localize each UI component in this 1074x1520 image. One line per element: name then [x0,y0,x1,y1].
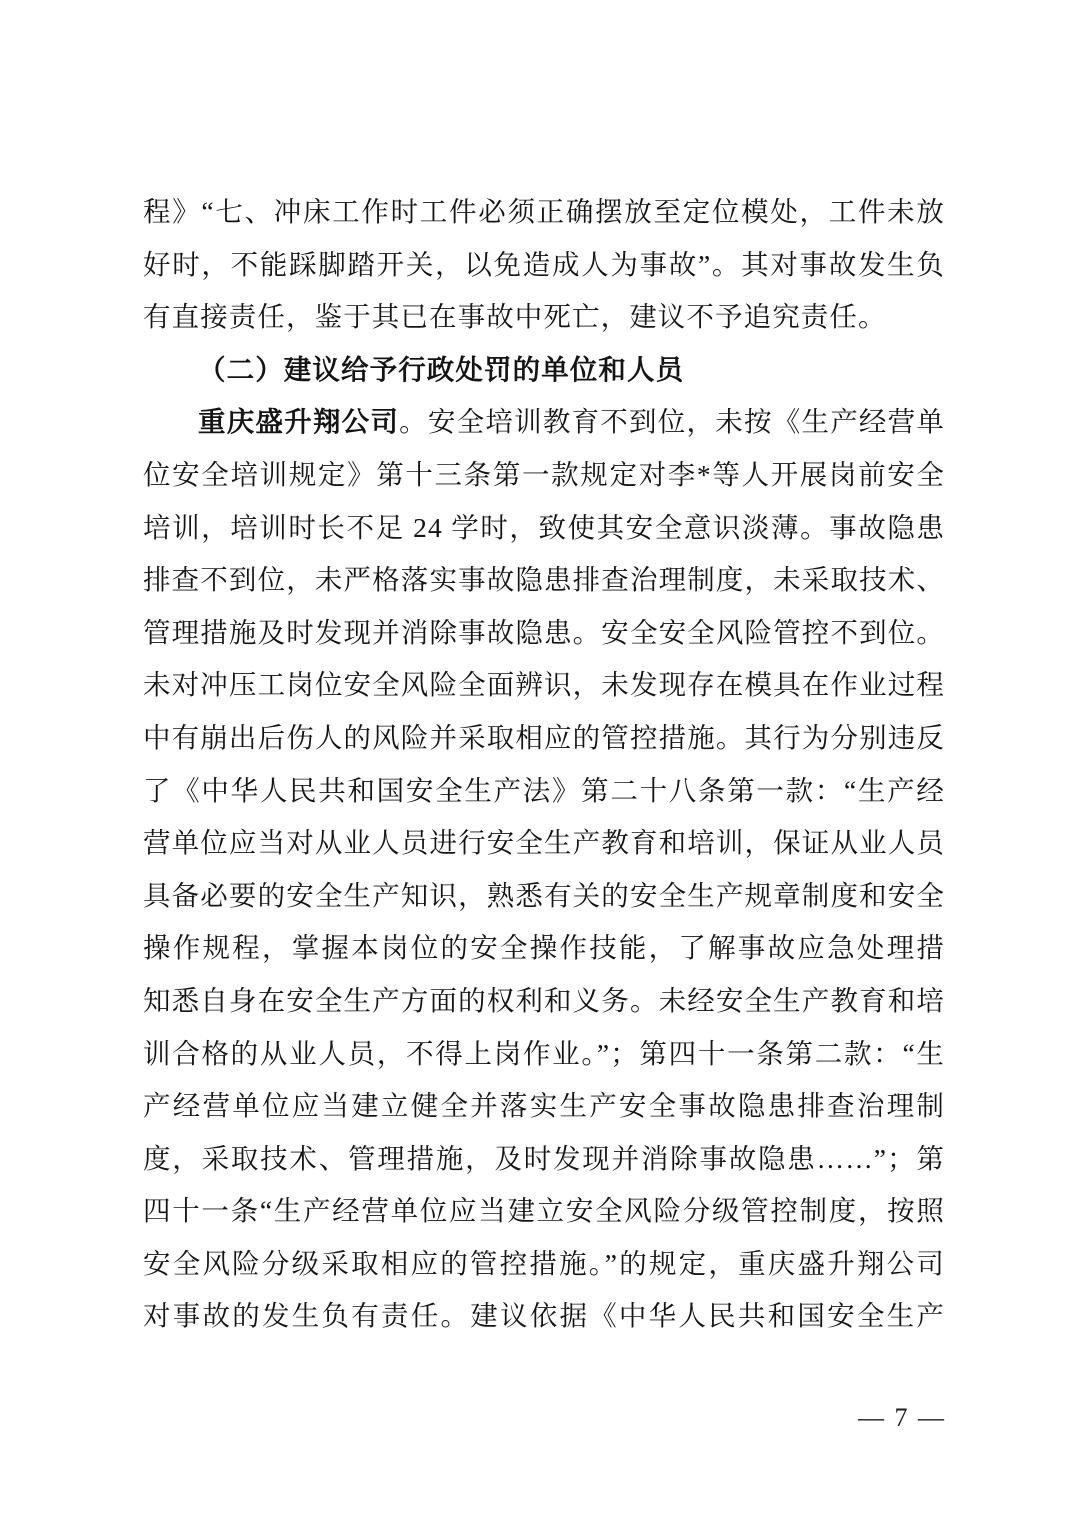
company-name: 重庆盛升翔公司 [198,406,399,437]
paragraph-line: 具备必要的安全生产知识，熟悉有关的安全生产规章制度和安全 [143,870,945,923]
paragraph-line: 排查不到位，未严格落实事故隐患排查治理制度，未采取技术、 [143,554,945,607]
paragraph-line: 好时，不能踩脚踏开关，以免造成人为事故”。其对事故发生负 [143,239,945,292]
document-page: 程》“七、冲床工作时工件必须正确摆放至定位模处，工件未放 好时，不能踩脚踏开关，… [0,0,1074,1520]
paragraph-line: 有直接责任，鉴于其已在事故中死亡，建议不予追究责任。 [143,291,945,344]
paragraph-line: 操作规程，掌握本岗位的安全操作技能，了解事故应急处理措施， [143,922,945,975]
paragraph-line: 产经营单位应当建立健全并落实生产安全事故隐患排查治理制 [143,1080,945,1133]
paragraph-line: 安全风险分级采取相应的管控措施。”的规定，重庆盛升翔公司 [143,1238,945,1291]
paragraph-line: 了《中华人民共和国安全生产法》第二十八条第一款：“生产经 [143,765,945,818]
paragraph-line: 度，采取技术、管理措施，及时发现并消除事故隐患……”；第 [143,1133,945,1186]
paragraph-line: 管理措施及时发现并消除事故隐患。安全安全风险管控不到位。 [143,607,945,660]
paragraph-line: 重庆盛升翔公司。安全培训教育不到位，未按《生产经营单 [143,396,945,449]
paragraph-line: 四十一条“生产经营单位应当建立安全风险分级管控制度，按照 [143,1185,945,1238]
paragraph-line: 中有崩出后伤人的风险并采取相应的管控措施。其行为分别违反 [143,712,945,765]
paragraph-line: 位安全培训规定》第十三条第一款规定对李*等人开展岗前安全 [143,449,945,502]
paragraph-line: 营单位应当对从业人员进行安全生产教育和培训，保证从业人员 [143,817,945,870]
paragraph-line: 培训，培训时长不足 24 学时，致使其安全意识淡薄。事故隐患 [143,502,945,555]
paragraph-line: 未对冲压工岗位安全风险全面辨识，未发现存在模具在作业过程 [143,659,945,712]
paragraph-line: 知悉自身在安全生产方面的权利和义务。未经安全生产教育和培 [143,975,945,1028]
paragraph-line: 训合格的从业人员，不得上岗作业。”；第四十一条第二款：“生 [143,1028,945,1081]
paragraph-line: 对事故的发生负有责任。建议依据《中华人民共和国安全生产法》 [143,1290,945,1343]
paragraph-line: 程》“七、冲床工作时工件必须正确摆放至定位模处，工件未放 [143,186,945,239]
paragraph-text: 。安全培训教育不到位，未按《生产经营单 [399,406,945,437]
page-number: — 7 — [858,1403,1018,1433]
page-body-text: 程》“七、冲床工作时工件必须正确摆放至定位模处，工件未放 好时，不能踩脚踏开关，… [143,186,945,1343]
section-heading: （二）建议给予行政处罚的单位和人员 [143,344,945,397]
